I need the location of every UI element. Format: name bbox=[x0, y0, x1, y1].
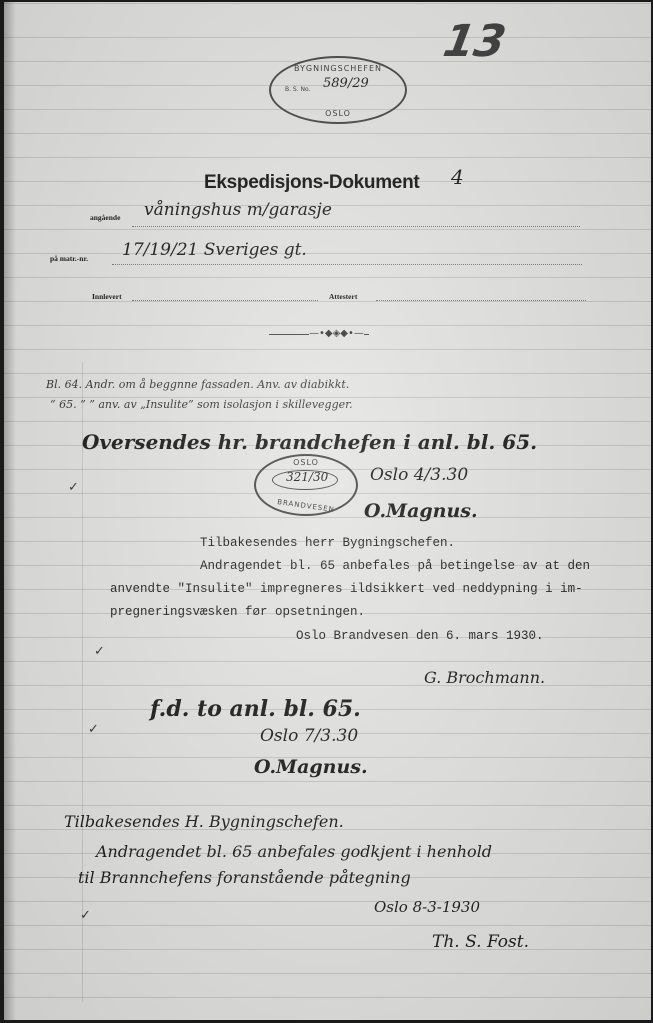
title-handwritten-mark: 4 bbox=[451, 165, 464, 189]
stamp-number: 589/29 bbox=[323, 76, 369, 91]
divider-ornament: —•◆◈◆•— bbox=[309, 328, 364, 339]
referral-text: Oversendes hr. brandchefen i anl. bl. 65… bbox=[82, 430, 537, 454]
index-note-64: Bl. 64. Andr. om å beggnne fassaden. Anv… bbox=[46, 378, 349, 391]
final-note-signature: Th. S. Fost. bbox=[432, 932, 529, 952]
ornamental-divider: —•◆◈◆•— bbox=[269, 332, 369, 338]
innlevert-label: Innlevert bbox=[92, 292, 122, 301]
final-note-line-1: Tilbakesendes H. Bygningschefen. bbox=[64, 812, 344, 831]
final-note-line-3: til Brannchefens foranstående påtegning bbox=[78, 868, 411, 887]
typed-line-4: pregneringsvæsken før opsetningen. bbox=[110, 605, 365, 619]
typed-line-1: Tilbakesendes herr Bygningschefen. bbox=[200, 536, 455, 550]
referral-signature: O.Magnus. bbox=[364, 500, 478, 522]
second-note-text: f.d. to anl. bl. 65. bbox=[150, 696, 361, 722]
matr-label: på matr.-nr. bbox=[50, 254, 88, 263]
check-mark: ✓ bbox=[88, 722, 99, 737]
angaende-dotline bbox=[132, 226, 580, 227]
angaende-label: angående bbox=[90, 213, 120, 222]
typed-line-2: Andragendet bl. 65 anbefales på betingel… bbox=[200, 559, 590, 573]
final-note-place-date: Oslo 8-3-1930 bbox=[374, 898, 480, 916]
final-note-line-2: Andragendet bl. 65 anbefales godkjent i … bbox=[96, 842, 492, 861]
referral-place-date: Oslo 4/3.30 bbox=[370, 465, 468, 485]
typed-reply-signature: G. Brochmann. bbox=[424, 668, 545, 687]
check-mark: ✓ bbox=[80, 908, 91, 923]
stamp-arc-top: OSLO bbox=[256, 458, 356, 467]
angaende-value: våningshus m/garasje bbox=[144, 200, 332, 220]
typed-line-5: Oslo Brandvesen den 6. mars 1930. bbox=[296, 629, 544, 643]
matr-value: 17/19/21 Sveriges gt. bbox=[122, 240, 307, 260]
check-mark: ✓ bbox=[68, 480, 79, 495]
index-note-65: “ 65. ” ” anv. av „Insulite” som isolasj… bbox=[50, 398, 353, 411]
typed-line-3: anvendte "Insulite" impregneres ildsikke… bbox=[110, 582, 583, 596]
attestert-dotline bbox=[376, 300, 586, 301]
stamp-number: 321/30 bbox=[286, 470, 328, 484]
second-note-place-date: Oslo 7/3.30 bbox=[260, 726, 358, 746]
stamp-arc-bottom: BRANDVESEN bbox=[256, 495, 356, 517]
page-number: 13 bbox=[440, 16, 510, 67]
bygningschefen-stamp: BYGNINGSCHEFEN B. S. No. 589/29 OSLO bbox=[269, 56, 407, 124]
matr-dotline bbox=[112, 264, 582, 265]
innlevert-dotline bbox=[132, 300, 318, 301]
stamp-arc-top: BYGNINGSCHEFEN bbox=[271, 64, 405, 73]
stamp-arc-bottom: OSLO bbox=[271, 109, 405, 118]
brandvesen-stamp: OSLO 321/30 BRANDVESEN bbox=[254, 454, 358, 516]
document-page: 13 BYGNINGSCHEFEN B. S. No. 589/29 OSLO … bbox=[4, 2, 651, 1020]
second-note-signature: O.Magnus. bbox=[254, 756, 368, 778]
attestert-label: Attestert bbox=[329, 292, 357, 301]
stamp-label: B. S. No. bbox=[285, 86, 311, 93]
check-mark: ✓ bbox=[94, 644, 105, 659]
document-title: Ekspedisjons-Dokument bbox=[204, 172, 419, 194]
margin-rule bbox=[82, 362, 83, 1002]
